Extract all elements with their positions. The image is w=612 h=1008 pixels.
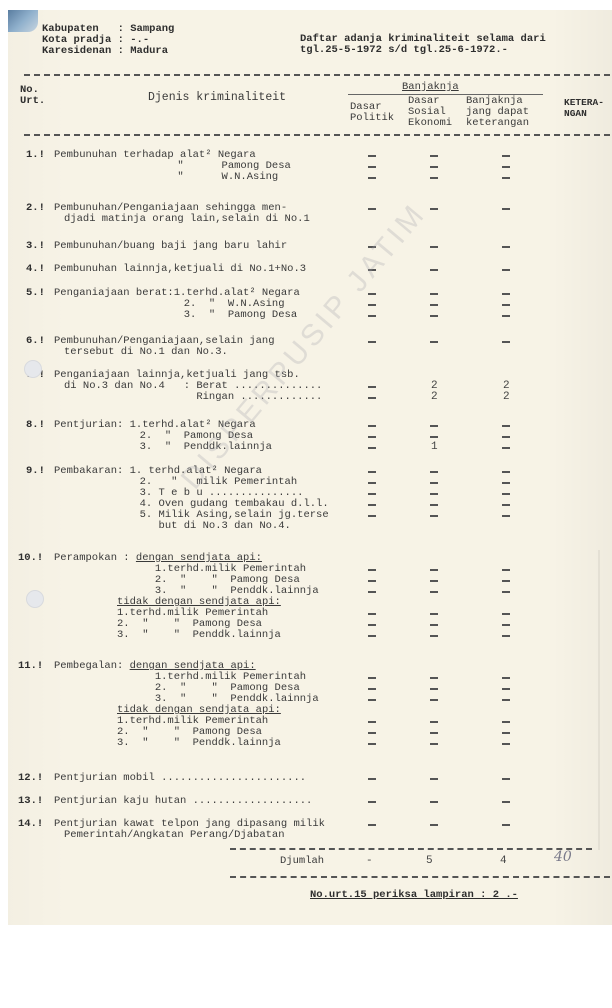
value-dasar-sosial-ekonomi (430, 569, 438, 571)
row-description-line: tersebut di No.1 dan No.3. (64, 347, 228, 358)
value-dapat-keterangan (502, 580, 510, 582)
row-description-line: 5. Milik Asing,selain jg.terse (64, 510, 329, 521)
scan-corner-tab (8, 10, 38, 32)
row-number: 1.! (26, 150, 45, 161)
value-dasar-sosial-ekonomi (430, 208, 438, 210)
value-dasar-politik (368, 624, 376, 626)
value-dasar-sosial-ekonomi (430, 177, 438, 179)
value-dasar-sosial-ekonomi: 2 (431, 381, 438, 392)
meta-label: Karesidenan (42, 45, 111, 57)
row-description-line: Pembunuhan lainnja,ketjuali di No.1+No.3 (54, 264, 306, 275)
value-dasar-sosial-ekonomi (430, 425, 438, 427)
value-dasar-politik (368, 208, 376, 210)
value-dasar-politik (368, 743, 376, 745)
value-dasar-sosial-ekonomi (430, 778, 438, 780)
value-dasar-sosial-ekonomi (430, 155, 438, 157)
value-dasar-sosial-ekonomi (430, 677, 438, 679)
value-dasar-sosial-ekonomi (430, 471, 438, 473)
col-politik-1: Dasar (350, 102, 382, 113)
row-subheading-line: Pembegalan: dengan sendjata api: (54, 661, 256, 672)
value-dapat-keterangan (502, 447, 510, 449)
value-dapat-keterangan: 2 (503, 392, 510, 403)
value-dasar-sosial-ekonomi (430, 504, 438, 506)
value-dapat-keterangan (502, 591, 510, 593)
row-description-line: 3. " Pamong Desa (64, 310, 297, 321)
row-description-line: 3. " " Penddk.lainnja (54, 586, 319, 597)
value-dasar-sosial-ekonomi (430, 580, 438, 582)
col-no-line1: No. (20, 85, 39, 96)
row-description-line: 1.terhd.milik Pemerintah (54, 608, 268, 619)
value-dapat-keterangan (502, 624, 510, 626)
value-dasar-sosial-ekonomi: 2 (431, 392, 438, 403)
value-dasar-politik (368, 166, 376, 168)
value-dapat-keterangan (502, 677, 510, 679)
document-title-line1: Daftar adanja kriminaliteit selama dari (300, 34, 546, 45)
value-dasar-politik (368, 471, 376, 473)
value-dasar-sosial-ekonomi (430, 304, 438, 306)
row-number: 6.! (26, 336, 45, 347)
col-sosek-3: Ekonomi (408, 118, 452, 129)
col-no-line2: Urt. (20, 96, 45, 107)
row-number: 12.! (18, 773, 43, 784)
row-description-line: 3. " " Penddk.lainnja (54, 738, 281, 749)
row-description-line: 2. " " Pamong Desa (54, 727, 262, 738)
row-description-line: Pentjurian kaju hutan ..................… (54, 796, 312, 807)
row-description-line: 1.terhd.milik Pemerintah (54, 672, 306, 683)
value-dapat-keterangan (502, 504, 510, 506)
value-dasar-sosial-ekonomi (430, 246, 438, 248)
value-dasar-sosial-ekonomi (430, 166, 438, 168)
value-dasar-politik (368, 515, 376, 517)
value-dasar-sosial-ekonomi: 1 (431, 442, 438, 453)
row-description-line: but di No.3 dan No.4. (64, 521, 291, 532)
row-number: 11.! (18, 661, 43, 672)
value-dasar-politik (368, 591, 376, 593)
value-dapat-keterangan (502, 778, 510, 780)
value-dasar-politik (368, 569, 376, 571)
value-dapat-keterangan (502, 341, 510, 343)
value-dasar-sosial-ekonomi (430, 315, 438, 317)
value-dasar-politik (368, 504, 376, 506)
value-dasar-politik (368, 482, 376, 484)
value-dasar-politik (368, 493, 376, 495)
value-dapat-keterangan (502, 688, 510, 690)
value-dasar-sosial-ekonomi (430, 624, 438, 626)
col-sosek-1: Dasar (408, 96, 440, 107)
value-dapat-keterangan (502, 436, 510, 438)
col-keterangan-2: NGAN (564, 109, 587, 120)
footnote: No.urt.15 periksa lampiran : 2 .- (310, 890, 518, 901)
table-header-rule (24, 134, 610, 136)
value-dapat-keterangan (502, 515, 510, 517)
meta-kabupaten: Kabupaten : Sampang (42, 24, 174, 35)
row-number: 8.! (26, 420, 45, 431)
value-dapat-keterangan (502, 721, 510, 723)
row-description-line: Pembunuhan/Penganiajaan,selain jang (54, 336, 275, 347)
col-sosek-2: Sosial (408, 107, 446, 118)
total-sosial-ekonomi: 5 (426, 856, 433, 867)
value-dasar-sosial-ekonomi (430, 436, 438, 438)
value-dasar-sosial-ekonomi (430, 613, 438, 615)
row-subheading-line: Perampokan : dengan sendjata api: (54, 553, 262, 564)
value-dapat-keterangan (502, 743, 510, 745)
value-dapat-keterangan (502, 166, 510, 168)
value-dasar-politik (368, 688, 376, 690)
row-description-line: 1.terhd.milik Pemerintah (54, 564, 306, 575)
value-dasar-politik (368, 177, 376, 179)
document-page: Kabupaten : Sampang Kota pradja : -.- Ka… (8, 10, 612, 925)
row-description-line: 3. " " Penddk.lainnja (54, 694, 319, 705)
row-number: 14.! (18, 819, 43, 830)
value-dapat-keterangan (502, 493, 510, 495)
value-dasar-politik (368, 341, 376, 343)
row-number: 4.! (26, 264, 45, 275)
total-bottom-rule (230, 876, 610, 878)
value-dasar-sosial-ekonomi (430, 688, 438, 690)
row-description-line: Pembunuhan/buang baji jang baru lahir (54, 241, 287, 252)
row-number: 9.! (26, 466, 45, 477)
value-dapat-keterangan (502, 208, 510, 210)
row-description-line: Pentjurian kawat telpon jang dipasang mi… (54, 819, 325, 830)
row-description-line: 3. " " Penddk.lainnja (54, 630, 281, 641)
row-description-line: 3. T e b u ............... (64, 488, 303, 499)
meta-karesidenan: Karesidenan : Madura (42, 46, 168, 57)
value-dapat-keterangan (502, 801, 510, 803)
value-dasar-politik (368, 425, 376, 427)
value-dasar-sosial-ekonomi (430, 515, 438, 517)
value-dapat-keterangan (502, 732, 510, 734)
value-dasar-sosial-ekonomi (430, 591, 438, 593)
value-dasar-sosial-ekonomi (430, 482, 438, 484)
row-description-line: Pemerintah/Angkatan Perang/Djabatan (64, 830, 285, 841)
value-dasar-politik (368, 386, 376, 388)
value-dapat-keterangan (502, 315, 510, 317)
value-dasar-politik (368, 699, 376, 701)
value-dasar-politik (368, 304, 376, 306)
value-dasar-sosial-ekonomi (430, 293, 438, 295)
col-ket-2: jang dapat (466, 107, 529, 118)
value-dasar-politik (368, 677, 376, 679)
value-dapat-keterangan: 2 (503, 381, 510, 392)
value-dasar-sosial-ekonomi (430, 801, 438, 803)
paper-fold (598, 550, 600, 850)
value-dasar-politik (368, 778, 376, 780)
row-description-line: " W.N.Asing (64, 172, 278, 183)
value-dapat-keterangan (502, 269, 510, 271)
col-group-banjaknja: Banjaknja (402, 82, 459, 93)
row-number: 3.! (26, 241, 45, 252)
row-subheading-line: tidak dengan sendjata api: (54, 597, 281, 608)
value-dasar-sosial-ekonomi (430, 269, 438, 271)
col-ket-1: Banjaknja (466, 96, 523, 107)
value-dapat-keterangan (502, 471, 510, 473)
value-dapat-keterangan (502, 246, 510, 248)
value-dasar-politik (368, 580, 376, 582)
punch-hole (24, 360, 42, 378)
row-number: 5.! (26, 288, 45, 299)
value-dasar-sosial-ekonomi (430, 699, 438, 701)
punch-hole (26, 590, 44, 608)
value-dasar-politik (368, 824, 376, 826)
total-label: Djumlah (280, 856, 324, 867)
value-dasar-politik (368, 315, 376, 317)
value-dasar-sosial-ekonomi (430, 493, 438, 495)
value-dasar-politik (368, 155, 376, 157)
value-dasar-sosial-ekonomi (430, 732, 438, 734)
value-dapat-keterangan (502, 304, 510, 306)
header-rule (24, 74, 610, 76)
value-dapat-keterangan (502, 425, 510, 427)
row-subheading-line: tidak dengan sendjata api: (54, 705, 281, 716)
row-description-line: 4. Oven gudang tembakau d.l.l. (64, 499, 329, 510)
value-dasar-sosial-ekonomi (430, 635, 438, 637)
row-number: 10.! (18, 553, 43, 564)
value-dapat-keterangan (502, 155, 510, 157)
meta-kota-pradja: Kota pradja : -.- (42, 35, 149, 46)
value-dasar-sosial-ekonomi (430, 341, 438, 343)
value-dapat-keterangan (502, 824, 510, 826)
value-dapat-keterangan (502, 482, 510, 484)
row-description-line: 2. " " Pamong Desa (54, 619, 262, 630)
col-jenis: Djenis kriminaliteit (148, 93, 286, 104)
row-description-line: Pembakaran: 1. terhd.alat² Negara (54, 466, 262, 477)
value-dasar-politik (368, 721, 376, 723)
row-description-line: Pembunuhan terhadap alat² Negara (54, 150, 256, 161)
row-description-line: Pentjurian mobil ....................... (54, 773, 306, 784)
value-dapat-keterangan (502, 613, 510, 615)
col-keterangan-1: KETERA- (564, 98, 604, 109)
col-politik-2: Politik (350, 113, 394, 124)
row-description-line: 2. " " Pamong Desa (54, 575, 300, 586)
value-dasar-politik (368, 732, 376, 734)
value-dapat-keterangan (502, 699, 510, 701)
handwritten-note: 40 (554, 852, 572, 863)
row-number: 13.! (18, 796, 43, 807)
value-dasar-sosial-ekonomi (430, 721, 438, 723)
value-dasar-politik (368, 613, 376, 615)
value-dasar-politik (368, 436, 376, 438)
row-description-line: 1.terhd.milik Pemerintah (54, 716, 268, 727)
row-number: 2.! (26, 203, 45, 214)
row-description-line: Pembunuhan/Penganiajaan sehingga men- (54, 203, 287, 214)
value-dasar-sosial-ekonomi (430, 743, 438, 745)
value-dasar-politik (368, 397, 376, 399)
row-description-line: " Pamong Desa (64, 161, 291, 172)
value-dasar-politik (368, 635, 376, 637)
total-politik: - (366, 856, 373, 867)
document-title-line2: tgl.25-5-1972 s/d tgl.25-6-1972.- (300, 45, 508, 56)
value-dasar-politik (368, 801, 376, 803)
value-dasar-sosial-ekonomi (430, 824, 438, 826)
total-keterangan: 4 (500, 856, 507, 867)
col-ket-3: keterangan (466, 118, 529, 129)
meta-value: Madura (130, 45, 168, 57)
value-dapat-keterangan (502, 177, 510, 179)
row-description-line: Penganiajaan berat:1.terhd.alat² Negara (54, 288, 300, 299)
row-description-line: 2. " W.N.Asing (64, 299, 285, 310)
value-dasar-politik (368, 447, 376, 449)
total-top-rule (230, 848, 592, 850)
row-description-line: 2. " " Pamong Desa (54, 683, 300, 694)
row-description-line: djadi matinja orang lain,selain di No.1 (64, 214, 310, 225)
value-dapat-keterangan (502, 293, 510, 295)
value-dapat-keterangan (502, 635, 510, 637)
value-dapat-keterangan (502, 569, 510, 571)
